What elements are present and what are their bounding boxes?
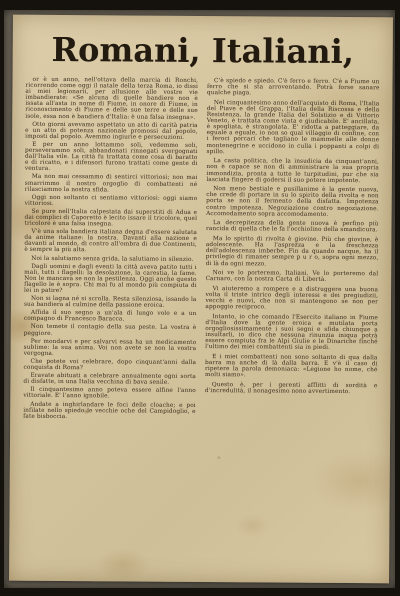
paragraph: Affida il suo segno a un'ala di lungo vo… — [24, 310, 197, 323]
paragraph: Se pure nell'Italia calpestata dai super… — [24, 209, 197, 228]
paragraph: Per mondarvi e per salvarvi essa ha un m… — [24, 338, 197, 357]
left-column: or è un anno, nell'ottava della marcia d… — [23, 77, 198, 423]
paragraph: Dagli uomini e dagli eventi la città ave… — [24, 263, 197, 295]
paragraph: or è un anno, nell'ottava della marcia d… — [25, 77, 198, 121]
paragraph: La decrepitezza della gente nuova è perf… — [206, 220, 379, 233]
page-title: Romani, Italiani, — [24, 33, 381, 68]
paragraph: C'è spiedo e spiedo. C'è ferro e ferro. … — [207, 78, 380, 97]
paragraph: E i miei combattenti non sono soltanto d… — [205, 354, 378, 380]
paragraph: Otto giorni avevamo aspettato un atto di… — [25, 121, 198, 140]
paragraph: Ma lo spirito di rivolta è giovine. Più … — [206, 236, 379, 268]
paragraph: Questo è, per i gerenti afflitti di sord… — [205, 382, 378, 395]
paragraph: Non si lagna né si scrolla. Resta silenz… — [24, 296, 197, 309]
paragraph: Che potete voi celebrare, dopo cinquant'… — [23, 359, 196, 372]
paragraph: Oggi non soltanto ci sentiamo vittoriosi… — [25, 194, 198, 207]
paragraph: Non meno bestiale e pusillanime è la gen… — [206, 186, 379, 218]
paragraph: Ma non mai cessammo di sentirci vittorio… — [25, 174, 198, 193]
paragraph: Intanto, io che comando l'Esercito itali… — [205, 314, 378, 352]
text-columns: or è un anno, nell'ottava della marcia d… — [10, 77, 392, 424]
document-page: Romani, Italiani, or è un anno, nell'ott… — [9, 15, 393, 584]
paragraph: Non temete il contagio della sua peste. … — [24, 324, 197, 337]
right-column: C'è spiedo e spiedo. C'è ferro e ferro. … — [205, 78, 380, 424]
paragraph: V'è una sola bandiera italiana degna d'e… — [24, 229, 197, 255]
paragraph: Vi aiuteremo a rompere e a distruggere u… — [205, 286, 378, 312]
paragraph: Andate a inghirlandare le foci delle clo… — [23, 401, 196, 420]
paragraph: Il cinquantesimo anno poteva essere alfi… — [23, 387, 196, 400]
paragraph: E per un anno lottammo soli, vedemmo sol… — [25, 142, 198, 174]
paragraph: La casta politica, che la insudicia da c… — [206, 158, 379, 184]
paragraph: Nel cinquantesimo anno dell'acquisto di … — [207, 100, 380, 156]
paragraph: Noi la salutiamo senza grida, la salutia… — [24, 255, 197, 262]
paragraph: Noi ve lo porteremo, Italiani. Ve lo por… — [206, 270, 379, 283]
paragraph: Eravate abituati a celebrare annualmente… — [23, 373, 196, 386]
